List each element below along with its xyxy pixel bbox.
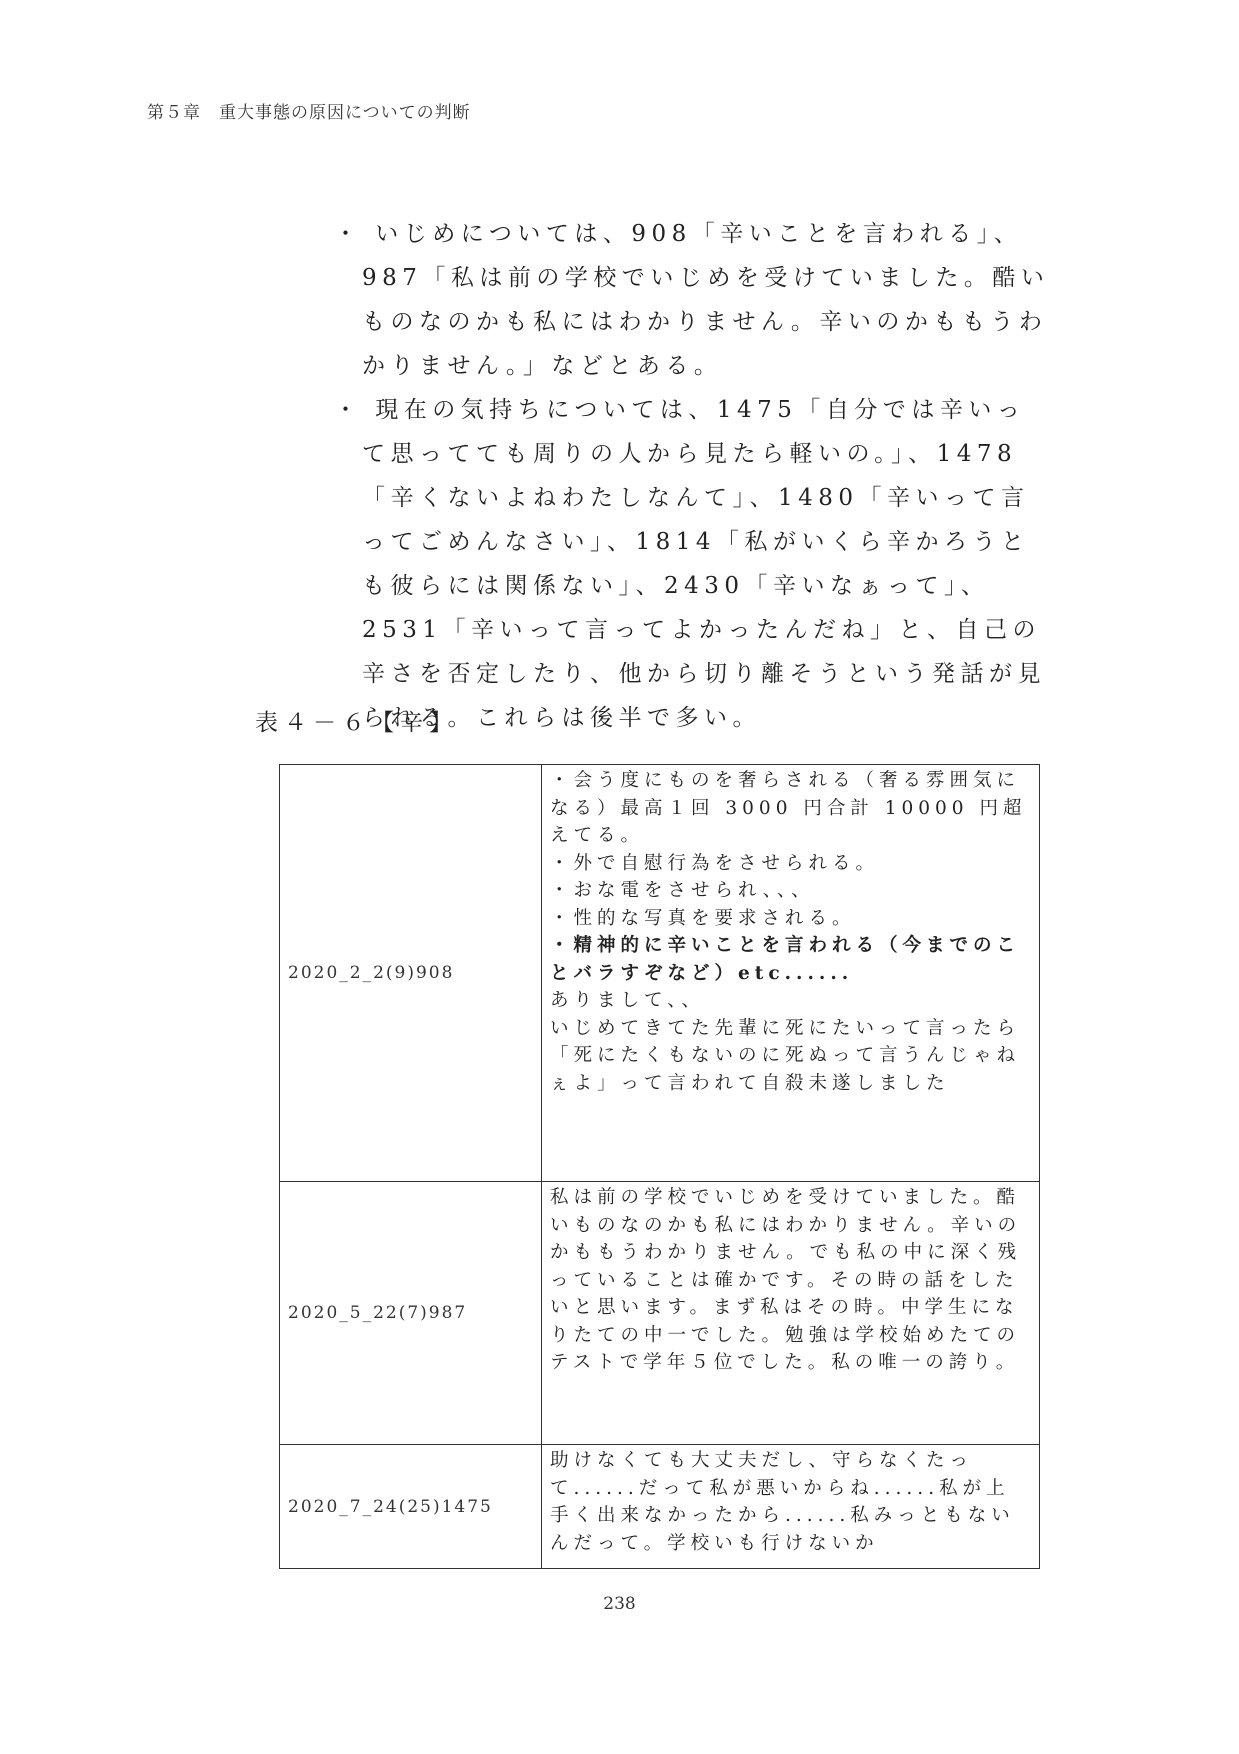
date-cell: 2020_5_22(7)987 [280,1182,542,1445]
table-row: 2020_7_24(25)1475 助けなくても大丈夫だし、守らなくたって...… [280,1445,1040,1569]
cell-line: ・会う度にものを奢らされる（奢る雰囲気になる）最高１回 3000 円合計 100… [550,767,1033,850]
cell-line-emphasis: ・精神的に辛いことを言われる（今までのことバラすぞなど）etc...... [550,932,1033,987]
page-number: 238 [0,1594,1239,1614]
table-row: 2020_2_2(9)908 ・会う度にものを奢らされる（奢る雰囲気になる）最高… [280,765,1040,1182]
date-cell: 2020_2_2(9)908 [280,765,542,1182]
cell-line: 私は前の学校でいじめを受けていました。酷いものなのかも私にはわかりません。辛いの… [550,1184,1033,1377]
paragraph-bullying: ・ いじめについては、908「辛いことを言われる」、987「私は前の学校でいじめ… [334,212,1050,388]
cell-line: ・性的な写真を要求される。 [550,905,1033,933]
cell-line: ・外で自慰行為をさせられる。 [550,850,1033,878]
cell-line: ・おな電をさせられ、、、 [550,877,1033,905]
text-cell: ・会う度にものを奢らされる（奢る雰囲気になる）最高１回 3000 円合計 100… [542,765,1040,1182]
text-cell: 私は前の学校でいじめを受けていました。酷いものなのかも私にはわかりません。辛いの… [542,1182,1040,1445]
chapter-header: 第５章 重大事態の原因についての判断 [147,98,471,123]
text-cell: 助けなくても大丈夫だし、守らなくたって......だって私が悪いからね.....… [542,1445,1040,1569]
cell-line: ありまして、、 [550,987,1033,1015]
table-row: 2020_5_22(7)987 私は前の学校でいじめを受けていました。酷いものな… [280,1182,1040,1445]
quote-table: 2020_2_2(9)908 ・会う度にものを奢らされる（奢る雰囲気になる）最高… [279,764,1040,1569]
cell-line: 助けなくても大丈夫だし、守らなくたって......だって私が悪いからね.....… [550,1447,1033,1557]
body-text: ・ いじめについては、908「辛いことを言われる」、987「私は前の学校でいじめ… [334,212,1050,740]
date-cell: 2020_7_24(25)1475 [280,1445,542,1569]
cell-line: いじめてきてた先輩に死にたいって言ったら「死にたくもないのに死ぬって言うんじゃね… [550,1015,1033,1098]
table-caption: 表４－６【辛】 [255,704,458,737]
paragraph-current-feelings: ・ 現在の気持ちについては、1475「自分では辛いって思ってても周りの人から見た… [334,388,1050,740]
